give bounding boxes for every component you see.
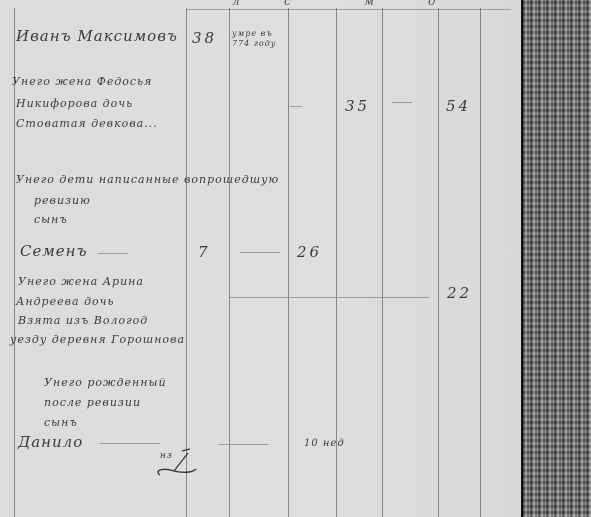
column-rule-female-now-end xyxy=(438,8,439,517)
entry-5-line2: после ревизии xyxy=(44,395,141,410)
ledger-page: л с м д Иванъ Максимовъ 38 умре въ 774 г… xyxy=(0,0,535,517)
entry-3-line2: ревизию xyxy=(34,193,91,208)
column-rule-female-now xyxy=(382,8,383,517)
entry-5-line1: Унего рожденный xyxy=(44,375,167,390)
entry-4-female-now: 22 xyxy=(447,284,472,302)
entry-1-note-line1: умре въ xyxy=(232,30,273,38)
entry-5-son-name: Данило xyxy=(18,433,83,451)
entry-2-female-now: 54 xyxy=(446,97,471,115)
header-rule xyxy=(186,9,511,10)
margin-flourish-mark xyxy=(152,445,202,477)
entry-4-line1: Унего жена Арина xyxy=(18,274,144,289)
entry-2-line2: Никифорова дочь xyxy=(16,96,133,111)
entry-2-line3: Стоватая девкова... xyxy=(16,116,158,131)
margin-mark-text: нз xyxy=(160,452,173,460)
entry-4-line2: Андреева дочь xyxy=(16,294,115,309)
entry-2-dash xyxy=(290,106,302,107)
entry-1-note-line2: 774 году xyxy=(232,40,276,48)
entry-5-age-now: 10 нед xyxy=(304,440,345,448)
entry-3-age-now: 26 xyxy=(297,243,322,261)
column-rule-age-now xyxy=(288,8,289,517)
column-rule-note xyxy=(229,8,230,517)
entry-1-name: Иванъ Максимовъ xyxy=(16,27,178,45)
entry-3-son-name: Семенъ xyxy=(20,242,88,260)
entry-3-age-prev: 7 xyxy=(198,243,211,261)
entry-4-line4: уезду деревня Горошнова xyxy=(10,332,185,347)
entry-3-line3: сынъ xyxy=(34,212,68,227)
entry-2-dash xyxy=(392,102,412,103)
entry-2-line1: Унего жена Федосья xyxy=(12,74,152,89)
entry-3-dash xyxy=(240,252,280,253)
entry-5-line3: сынъ xyxy=(44,415,78,430)
entry-4-dash xyxy=(230,297,430,298)
entry-4-line3: Взята изъ Вологод xyxy=(18,313,148,328)
column-rule-age-prev xyxy=(186,8,187,517)
column-header-3: м xyxy=(364,0,374,8)
entry-5-dash xyxy=(218,444,268,445)
column-rule-right xyxy=(480,8,481,517)
column-header-2: с xyxy=(284,0,291,8)
column-header-4: д xyxy=(428,0,436,8)
entry-2-female-prev: 35 xyxy=(345,97,370,115)
entry-1-age-prev: 38 xyxy=(192,29,217,47)
entry-3-line1: Унего дети написанные вопрошедшую xyxy=(16,172,279,187)
column-header-1: л xyxy=(232,0,240,8)
entry-3-dash xyxy=(98,253,128,254)
entry-5-dash xyxy=(100,443,160,444)
book-binding-edge xyxy=(521,0,591,517)
